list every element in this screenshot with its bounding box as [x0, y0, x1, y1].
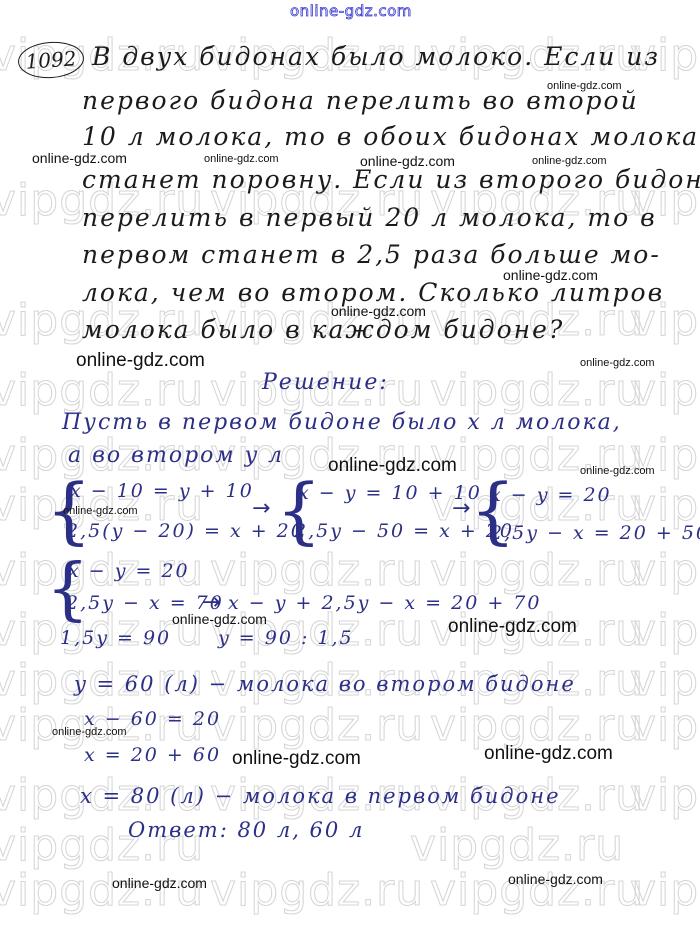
- sum-line: x − y + 2,5y − x = 20 + 70: [228, 592, 541, 614]
- online-watermark: online-gdz.com: [32, 150, 127, 166]
- system4-eq1: x − y = 20: [68, 560, 190, 582]
- homework-page: vipgdz.ru vipgdz.ru vipgdz.ru vipgdz.ru …: [0, 0, 700, 928]
- vip-watermark: vipgdz.ru: [630, 365, 700, 416]
- solution-intro-line: а во втором y л: [68, 443, 284, 468]
- vip-watermark: vipgdz.ru: [630, 605, 700, 656]
- online-watermark: online-gdz.com: [232, 748, 361, 770]
- vip-watermark: vipgdz.ru: [630, 655, 700, 706]
- vip-watermark: vipgdz.ru: [210, 700, 424, 751]
- arrow-icon: →: [252, 496, 270, 521]
- task-number: 1092: [25, 46, 77, 73]
- online-watermark: online-gdz.com: [503, 267, 598, 283]
- system1-eq2: 2,5(y − 20) = x + 20: [66, 520, 305, 542]
- system3-eq2: 2,5y − x = 20 + 50: [490, 522, 700, 544]
- vip-watermark: vipgdz.ru: [210, 545, 424, 596]
- vip-watermark: vipgdz.ru: [630, 700, 700, 751]
- problem-line: перелить в первый 20 л молока, то в: [82, 203, 657, 232]
- online-watermark: online-gdz.com: [112, 875, 207, 891]
- system1-eq1: x − 10 = y + 10: [70, 480, 254, 502]
- online-watermark: online-gdz.com: [63, 505, 138, 517]
- result-x: x = 80 (л) − молока в первом бидоне: [80, 784, 561, 808]
- online-watermark: online-gdz.com: [76, 350, 205, 372]
- solution-intro-line: Пусть в первом бидоне было x л молока,: [62, 410, 622, 435]
- vip-watermark: vipgdz.ru: [210, 865, 424, 916]
- vip-watermark: vipgdz.ru: [0, 365, 204, 416]
- step-line: y = 90 : 1,5: [218, 627, 354, 649]
- online-watermark: online-gdz.com: [508, 871, 603, 887]
- system3-eq1: x − y = 20: [490, 484, 612, 506]
- problem-line: В двух бидонах было молоко. Если из: [92, 42, 660, 71]
- vip-watermark: vipgdz.ru: [630, 865, 700, 916]
- result-y: y = 60 (л) − молока во втором бидоне: [74, 672, 576, 696]
- vip-watermark: vipgdz.ru: [630, 545, 700, 596]
- solution-heading: Решение:: [262, 370, 389, 395]
- vip-watermark: vipgdz.ru: [630, 770, 700, 821]
- online-watermark: online-gdz.com: [204, 153, 279, 165]
- vip-watermark: vipgdz.ru: [430, 545, 644, 596]
- online-watermark: online-gdz.com: [532, 155, 607, 167]
- task-number-badge: 1092: [17, 40, 85, 81]
- vip-watermark: vipgdz.ru: [430, 365, 644, 416]
- problem-line: станет поровну. Если из второго бидона: [82, 165, 700, 194]
- problem-line: первом станет в 2,5 раза больше мо-: [82, 240, 661, 269]
- online-watermark: online-gdz.com: [360, 153, 455, 169]
- online-watermark: online-gdz.com: [547, 80, 622, 92]
- online-watermark: online-gdz.com: [52, 726, 127, 738]
- problem-line: молока было в каждом бидоне?: [82, 315, 564, 344]
- online-watermark: online-gdz.com: [448, 616, 577, 638]
- calc-line: x = 20 + 60: [84, 744, 221, 766]
- online-watermark: online-gdz.com: [484, 743, 613, 765]
- top-watermark: online-gdz.com: [290, 2, 412, 20]
- online-watermark: online-gdz.com: [580, 465, 655, 477]
- answer-line: Ответ: 80 л, 60 л: [128, 818, 364, 842]
- online-watermark: online-gdz.com: [331, 303, 426, 319]
- problem-line: 10 л молока, то в обоих бидонах молока: [82, 122, 699, 151]
- online-watermark: online-gdz.com: [172, 611, 267, 627]
- online-watermark: online-gdz.com: [580, 357, 655, 369]
- vip-watermark: vipgdz.ru: [410, 820, 624, 871]
- arrow-icon: →: [452, 496, 470, 521]
- online-watermark: online-gdz.com: [328, 455, 457, 477]
- step-line: 1,5y = 90: [60, 627, 171, 649]
